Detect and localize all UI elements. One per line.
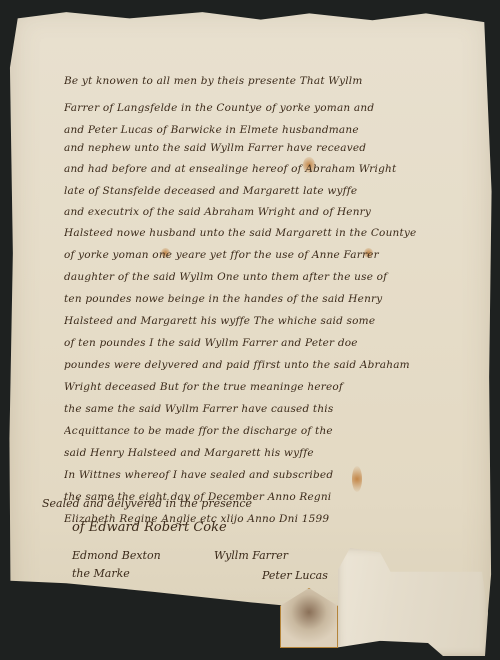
body-line: and Peter Lucas of Barwicke in Elmete hu… <box>64 121 476 139</box>
body-line: late of Stansfelde deceased and Margaret… <box>64 181 476 202</box>
body-line: of ten poundes I the said Wyllm Farrer a… <box>64 332 476 354</box>
principal-signature: Wyllm Farrer <box>214 549 288 562</box>
body-line: Be yt knowen to all men by theis present… <box>64 68 476 95</box>
body-line: poundes were delyvered and paid ffirst u… <box>64 354 476 376</box>
body-line: daughter of the said Wyllm One unto them… <box>64 266 476 288</box>
document-body: Be yt knowen to all men by theis present… <box>64 68 476 530</box>
body-line: and had before and at ensealinge hereof … <box>64 157 476 181</box>
body-line: the same the said Wyllm Farrer have caus… <box>64 398 476 420</box>
body-line: and executrix of the said Abraham Wright… <box>64 202 476 222</box>
body-line: of yorke yoman one yeare yet ffor the us… <box>64 244 476 266</box>
body-line: Halsteed nowe husband unto the said Marg… <box>64 222 476 244</box>
witness-mark: the Marke <box>72 567 130 580</box>
body-line: said Henry Halsteed and Margarett his wy… <box>64 442 476 464</box>
body-line: Farrer of Langsfelde in the Countye of y… <box>64 95 476 122</box>
body-line: Acquittance to be made ffor the discharg… <box>64 420 476 442</box>
body-line: Halsteed and Margarett his wyffe The whi… <box>64 310 476 332</box>
attestation-line-2: of Edward Robert Coke <box>72 520 227 535</box>
body-line: Wright deceased But for the true meaning… <box>64 376 476 398</box>
body-line: and nephew unto the said Wyllm Farrer ha… <box>64 139 476 157</box>
body-line: In Wittnes whereof I have sealed and sub… <box>64 464 476 486</box>
witness-signature-name: Edmond Bexton <box>72 549 161 562</box>
co-signature: Peter Lucas <box>262 569 328 582</box>
attestation-line-1: Sealed and delyvered in the presence <box>42 497 252 510</box>
body-line: ten poundes nowe beinge in the handes of… <box>64 288 476 310</box>
